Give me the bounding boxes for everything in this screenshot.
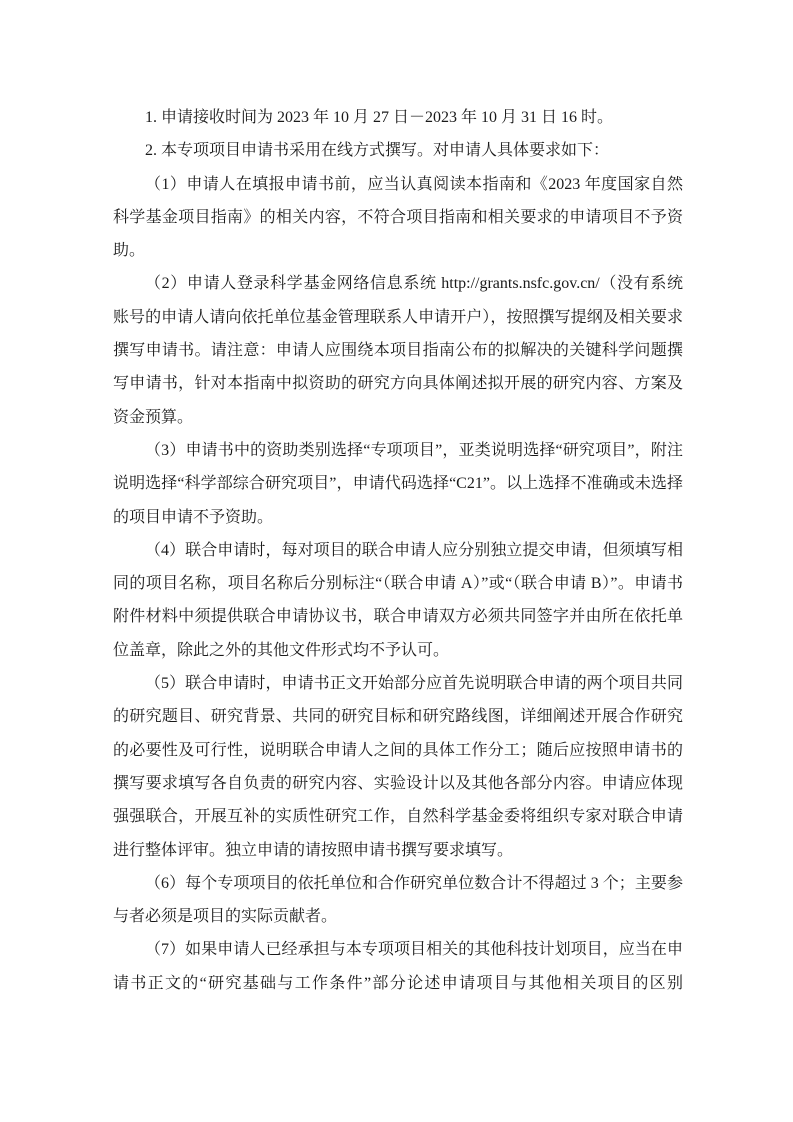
- paragraph-sub-1: （1）申请人在填报申请书前，应当认真阅读本指南和《2023 年度国家自然科学基金…: [113, 168, 683, 268]
- grants-system-url[interactable]: http://grants.nsfc.gov.cn/: [441, 275, 600, 292]
- paragraph-sub-2-lead: （2）申请人登录科学基金网络信息系统: [145, 275, 441, 292]
- paragraph-sub-6: （6）每个专项项目的依托单位和合作研究单位数合计不得超过 3 个；主要参与者必须…: [113, 867, 683, 934]
- document-page: 1. 申请接收时间为 2023 年 10 月 27 日－2023 年 10 月 …: [0, 0, 793, 1122]
- document-text-block: 1. 申请接收时间为 2023 年 10 月 27 日－2023 年 10 月 …: [113, 101, 683, 1000]
- paragraph-sub-7: （7）如果申请人已经承担与本专项项目相关的其他科技计划项目，应当在申请书正文的“…: [113, 933, 683, 1000]
- paragraph-sub-2-rest: （没有系统账号的申请人请向依托单位基金管理联系人申请开户），按照撰写提纲及相关要…: [113, 275, 683, 425]
- paragraph-sub-5: （5）联合申请时，申请书正文开始部分应首先说明联合申请的两个项目共同的研究题目、…: [113, 667, 683, 867]
- paragraph-item-2: 2. 本专项项目申请书采用在线方式撰写。对申请人具体要求如下：: [113, 134, 683, 167]
- paragraph-item-1: 1. 申请接收时间为 2023 年 10 月 27 日－2023 年 10 月 …: [113, 101, 683, 134]
- paragraph-sub-3: （3）申请书中的资助类别选择“专项项目”，亚类说明选择“研究项目”，附注说明选择…: [113, 434, 683, 534]
- paragraph-sub-4: （4）联合申请时，每对项目的联合申请人应分别独立提交申请，但须填写相同的项目名称…: [113, 534, 683, 667]
- paragraph-sub-2: （2）申请人登录科学基金网络信息系统 http://grants.nsfc.go…: [113, 267, 683, 433]
